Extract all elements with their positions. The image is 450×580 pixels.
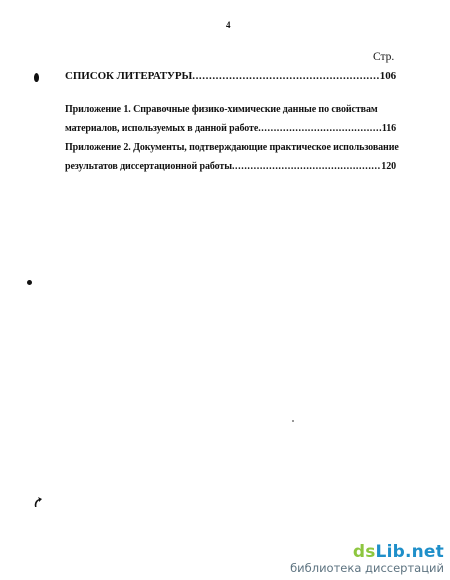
toc-appendix-2-line2: результатов диссертационной работы .....… bbox=[65, 161, 396, 172]
toc-entry-page: 106 bbox=[380, 70, 396, 82]
logo-ds: ds bbox=[353, 542, 376, 562]
logo-lib: Lib.net bbox=[376, 542, 444, 562]
scan-speck-icon bbox=[292, 420, 294, 422]
scan-mark-icon bbox=[34, 73, 39, 82]
toc-appendix-2-line1: Приложение 2. Документы, подтверждающие … bbox=[65, 142, 399, 153]
watermark: dsLib.net библиотека диссертаций bbox=[290, 543, 444, 575]
page-number: 4 bbox=[226, 20, 231, 30]
toc-entry-title: материалов, используемых в данной работе bbox=[65, 123, 258, 134]
toc-entry-title: результатов диссертационной работы bbox=[65, 161, 232, 172]
toc-leader-dots: ........................................… bbox=[232, 161, 381, 172]
toc-entry-page: 116 bbox=[382, 123, 396, 134]
watermark-tagline: библиотека диссертаций bbox=[290, 561, 444, 575]
scan-dot-icon bbox=[27, 280, 32, 285]
toc-leader-dots: ........................................… bbox=[192, 70, 380, 82]
toc-entry-page: 120 bbox=[381, 161, 396, 172]
toc-appendix-1-line1: Приложение 1. Справочные физико-химическ… bbox=[65, 104, 378, 115]
toc-entry-references: СПИСОК ЛИТЕРАТУРЫ ......................… bbox=[65, 70, 396, 82]
toc-entry-title: СПИСОК ЛИТЕРАТУРЫ bbox=[65, 70, 192, 82]
toc-leader-dots: ........................................… bbox=[258, 123, 382, 134]
scan-hook-icon bbox=[33, 495, 43, 507]
toc-appendix-1-line2: материалов, используемых в данной работе… bbox=[65, 123, 396, 134]
page-column-header: Стр. bbox=[373, 51, 394, 63]
watermark-logo: dsLib.net bbox=[290, 543, 444, 561]
